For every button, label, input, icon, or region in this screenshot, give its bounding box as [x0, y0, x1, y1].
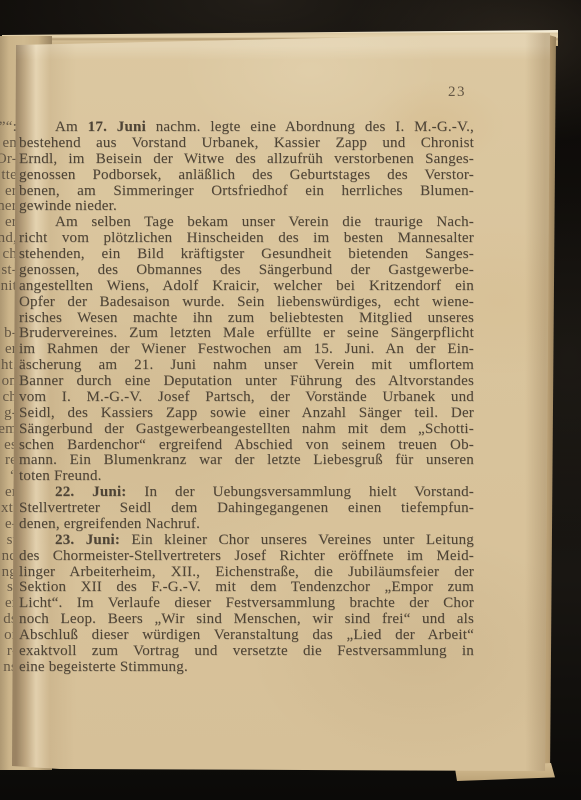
text-line: eine begeisterte Stimmung. [19, 660, 474, 676]
text-line: Am 17. Juni nachm. legte eine Abordnung … [19, 120, 474, 136]
margin-fragment-text: -”“: [0, 120, 17, 136]
margin-fragment: Or- [0, 152, 18, 168]
text-line: Stellvertreter Seidl dem Dahingegangenen… [19, 501, 474, 517]
text-segment: Sektion XII des F.-G.-V. mit dem Tendenz… [19, 579, 474, 595]
text-segment: exaktvoll zum Vortrag und versetzte die … [19, 643, 474, 659]
text-segment: genossen Podborsek, anläßlich des Geburt… [19, 167, 474, 183]
text-line: Sängerbund der Gastgewerbeangestellten n… [19, 422, 474, 438]
text-segment: Seidl, des Kassiers Zapp sowie einer Anz… [19, 405, 474, 421]
text-block: Am 17. Juni nachm. legte eine Abordnung … [19, 120, 474, 676]
text-segment: Am selben Tage bekam unser Verein die tr… [55, 214, 474, 230]
margin-fragment: -”“: [0, 120, 18, 136]
text-segment: Opfer der Badesaison wurde. Sein liebens… [19, 294, 474, 310]
page-number: 23 [19, 84, 466, 100]
text-line: stehenden, ein Bild kräftigster Gesundhe… [19, 247, 474, 263]
margin-fragment-text: ner [0, 199, 17, 215]
text-segment: nachm. legte eine Abordnung des I. M.-G.… [146, 119, 474, 135]
text-line: Erndl, im Beisein der Witwe des allzufrü… [19, 152, 474, 168]
text-line: Seidl, des Kassiers Zapp sowie einer Anz… [19, 406, 474, 422]
text-segment: linger Arbeiterheim, XII., Eichenstraße,… [19, 564, 474, 580]
text-segment: Am [55, 119, 88, 135]
text-segment: noch Leop. Beers „Wir sind Menschen, wir… [19, 611, 474, 627]
text-segment: Stellvertreter Seidl dem Dahingegangenen… [19, 500, 474, 516]
text-segment: benen, am Simmeringer Ortsfriedhof ein h… [19, 183, 474, 199]
book-photo: -”“:enOr-tteernerernd,chst-nitb-erht.onc… [0, 0, 581, 800]
text-line: Licht“. Im Verlaufe dieser Festversammlu… [19, 596, 474, 612]
text-segment: In der Uebungsversammlung hielt Vorstand… [127, 484, 475, 500]
text-segment: bestehend aus Vorstand Urbanek, Kassier … [19, 135, 474, 151]
text-line: Banner durch eine Deputation unter Führu… [19, 374, 474, 390]
text-line: 23. Juni: Ein kleiner Chor unseres Verei… [19, 533, 474, 549]
text-line: genossen, des Obmannes des Sängerbund de… [19, 263, 474, 279]
margin-fragment-text: en [2, 136, 17, 152]
text-line: benen, am Simmeringer Ortsfriedhof ein h… [19, 184, 474, 200]
margin-fragment: en [0, 136, 18, 152]
margin-fragment-text: tte [1, 168, 17, 184]
text-segment: Licht“. Im Verlaufe dieser Festversammlu… [19, 595, 474, 611]
margin-fragment-text: nit [1, 279, 17, 295]
text-segment: Ein kleiner Chor unseres Vereines unter … [120, 532, 474, 548]
text-line: linger Arbeiterheim, XII., Eichenstraße,… [19, 565, 474, 581]
text-line: toten Freund. [19, 469, 474, 485]
text-segment: äscherung am 21. Juni nahm unser Verein … [19, 357, 474, 373]
text-line: schen Bardenchor“ ergreifend Abschied vo… [19, 438, 474, 454]
text-line: 22. Juni: In der Uebungsversammlung hiel… [19, 485, 474, 501]
text-segment: Sängerbund der Gastgewerbeangestellten n… [19, 421, 474, 437]
text-line: Am selben Tage bekam unser Verein die tr… [19, 215, 474, 231]
text-line: des Chormeister-Stellvertreters Josef Ri… [19, 549, 474, 565]
text-segment: schen Bardenchor“ ergreifend Abschied vo… [19, 437, 474, 453]
text-line: noch Leop. Beers „Wir sind Menschen, wir… [19, 612, 474, 628]
text-segment: stehenden, ein Bild kräftigster Gesundhe… [19, 246, 474, 262]
text-segment: mann. Ein Blumenkranz war der letzte Lie… [19, 452, 474, 468]
text-line: Abschluß dieser würdigen Veranstaltung d… [19, 628, 474, 644]
text-line: mann. Ein Blumenkranz war der letzte Lie… [19, 453, 474, 469]
text-segment: eine begeisterte Stimmung. [19, 659, 188, 675]
text-segment: Erndl, im Beisein der Witwe des allzufrü… [19, 151, 474, 167]
text-line: risches Wesen machte ihn zum beliebteste… [19, 311, 474, 327]
bold-date-text: 22. Juni: [55, 484, 127, 500]
book-page: 23 Am 17. Juni nachm. legte eine Abordnu… [0, 0, 581, 800]
text-segment: Banner durch eine Deputation unter Führu… [19, 373, 474, 389]
text-segment: Abschluß dieser würdigen Veranstaltung d… [19, 627, 474, 643]
text-line: im Rahmen der Wiener Festwochen am 15. J… [19, 342, 474, 358]
text-line: exaktvoll zum Vortrag und versetzte die … [19, 644, 474, 660]
text-line: äscherung am 21. Juni nahm unser Verein … [19, 358, 474, 374]
text-line: Sektion XII des F.-G.-V. mit dem Tendenz… [19, 580, 474, 596]
text-line: angestellten Wiens, Adolf Kraicir, welch… [19, 279, 474, 295]
text-segment: gewinde nieder. [19, 198, 117, 214]
text-line: genossen Podborsek, anläßlich des Geburt… [19, 168, 474, 184]
text-segment: vom I. M.-G.-V. Josef Partsch, der Vorst… [19, 389, 474, 405]
text-segment: risches Wesen machte ihn zum beliebteste… [19, 310, 474, 326]
text-segment: Brudervereines. Zum letzten Male erfüllt… [19, 325, 474, 341]
text-segment: angestellten Wiens, Adolf Kraicir, welch… [19, 278, 474, 294]
text-line: gewinde nieder. [19, 199, 474, 215]
text-segment: des Chormeister-Stellvertreters Josef Ri… [19, 548, 474, 564]
text-segment: denen, ergreifenden Nachruf. [19, 516, 200, 532]
text-line: bestehend aus Vorstand Urbanek, Kassier … [19, 136, 474, 152]
text-line: richt vom plötzlichen Hinscheiden des im… [19, 231, 474, 247]
text-segment: richt vom plötzlichen Hinscheiden des im… [19, 230, 474, 246]
bold-date-text: 23. Juni: [55, 532, 120, 548]
margin-fragment-text: Or- [0, 152, 17, 168]
text-segment: genossen, des Obmannes des Sängerbund de… [19, 262, 474, 278]
margin-fragment-text: st- [1, 263, 17, 279]
bold-date-text: 17. Juni [88, 119, 146, 135]
text-line: denen, ergreifenden Nachruf. [19, 517, 474, 533]
text-segment: im Rahmen der Wiener Festwochen am 15. J… [19, 341, 474, 357]
margin-fragment-text: nd, [0, 231, 17, 247]
text-line: Brudervereines. Zum letzten Male erfüllt… [19, 326, 474, 342]
text-line: vom I. M.-G.-V. Josef Partsch, der Vorst… [19, 390, 474, 406]
text-line: Opfer der Badesaison wurde. Sein liebens… [19, 295, 474, 311]
text-segment: toten Freund. [19, 468, 102, 484]
